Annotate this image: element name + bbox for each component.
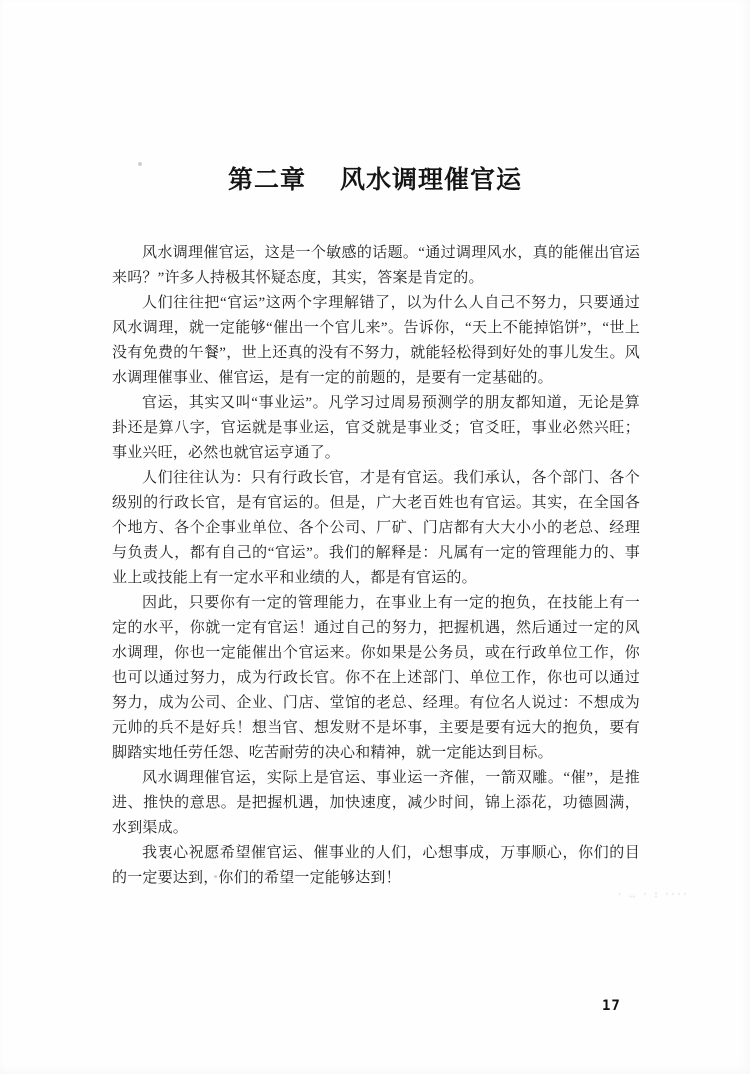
paragraph: 官运，其实又叫“事业运”。凡学习过周易预测学的朋友都知道，无论是算卦还是算八字，… <box>112 391 640 466</box>
scan-speck <box>138 162 142 166</box>
page-number: 17 <box>602 998 621 1014</box>
chapter-number-label: 第二章 <box>228 160 306 196</box>
scan-speck <box>214 875 217 878</box>
scan-smudge: · ‥ · : ···· <box>618 889 708 900</box>
paragraph: 风水调理催官运，实际上是官运、事业运一齐催，一箭双雕。“催”，是推进、推快的意思… <box>112 766 640 841</box>
paragraph: 风水调理催官运，这是一个敏感的话题。“通过调理风水，真的能催出官运来吗？”许多人… <box>112 241 640 291</box>
chapter-title-text: 风水调理催官运 <box>340 160 522 196</box>
book-page: 第二章 风水调理催官运 风水调理催官运，这是一个敏感的话题。“通过调理风水，真的… <box>0 0 750 1074</box>
body-text-block: 风水调理催官运，这是一个敏感的话题。“通过调理风水，真的能催出官运来吗？”许多人… <box>112 241 640 891</box>
paragraph: 人们往往把“官运”这两个字理解错了，以为什么人自己不努力，只要通过风水调理，就一… <box>112 291 640 391</box>
paragraph: 人们往往认为：只有行政长官，才是有官运。我们承认，各个部门、各个级别的行政长官，… <box>112 466 640 591</box>
paragraph: 我衷心祝愿希望催官运、催事业的人们，心想事成，万事顺心，你们的目的一定要达到，你… <box>112 841 640 891</box>
chapter-heading: 第二章 风水调理催官运 <box>0 160 750 196</box>
paragraph: 因此，只要你有一定的管理能力，在事业上有一定的抱负，在技能上有一定的水平，你就一… <box>112 591 640 766</box>
